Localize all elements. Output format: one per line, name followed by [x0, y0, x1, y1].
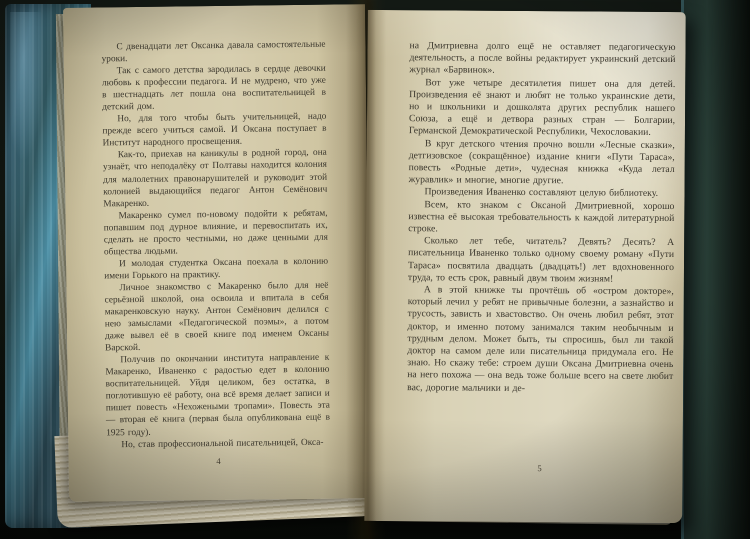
page-number-right: 5: [407, 462, 673, 474]
paragraph: Но, став профессиональной писательницей,…: [106, 436, 330, 451]
right-page-text: на Дмитриевна долго ещё не оставляет пед…: [407, 40, 675, 396]
paragraph: Макаренко сумел по-новому подойти к ребя…: [103, 207, 328, 258]
book-back-cover-edge: [681, 0, 750, 539]
paragraph: Так с самого детства зародилась в сердце…: [102, 63, 327, 114]
right-page: на Дмитриевна долго ещё не оставляет пед…: [364, 10, 686, 523]
paragraph: Личное знакомство с Макаренко было для н…: [104, 280, 329, 355]
left-page: С двенадцати лет Оксанка давала самостоя…: [63, 4, 371, 502]
paragraph: Получив по окончании института направлен…: [105, 352, 330, 439]
paragraph: С двенадцати лет Оксанка давала самостоя…: [101, 39, 325, 66]
left-page-text: С двенадцати лет Оксанка давала самостоя…: [101, 39, 330, 451]
paragraph: А в этой книжке ты прочтёшь об «остром д…: [407, 284, 674, 396]
paragraph: И молодая студентка Оксана поехала в кол…: [104, 255, 328, 282]
paragraph: Сколько лет тебе, читатель? Девять? Деся…: [408, 235, 674, 286]
paragraph: Как-то, приехав на каникулы в родной гор…: [103, 147, 328, 210]
paragraph: Всем, кто знаком с Оксаной Дмитриевной, …: [408, 199, 674, 237]
paragraph: Вот уже четыре десятилетия пишет она для…: [409, 77, 675, 140]
book-photo: С двенадцати лет Оксанка давала самостоя…: [0, 0, 750, 539]
page-number-left: 4: [106, 455, 330, 468]
paragraph: на Дмитриевна долго ещё не оставляет пед…: [409, 40, 675, 78]
cover-glare-highlight: [10, 12, 44, 162]
paragraph: В круг детского чтения прочно вошли «Лес…: [409, 138, 675, 189]
paragraph: Но, для того чтобы быть учительницей, на…: [102, 111, 326, 150]
